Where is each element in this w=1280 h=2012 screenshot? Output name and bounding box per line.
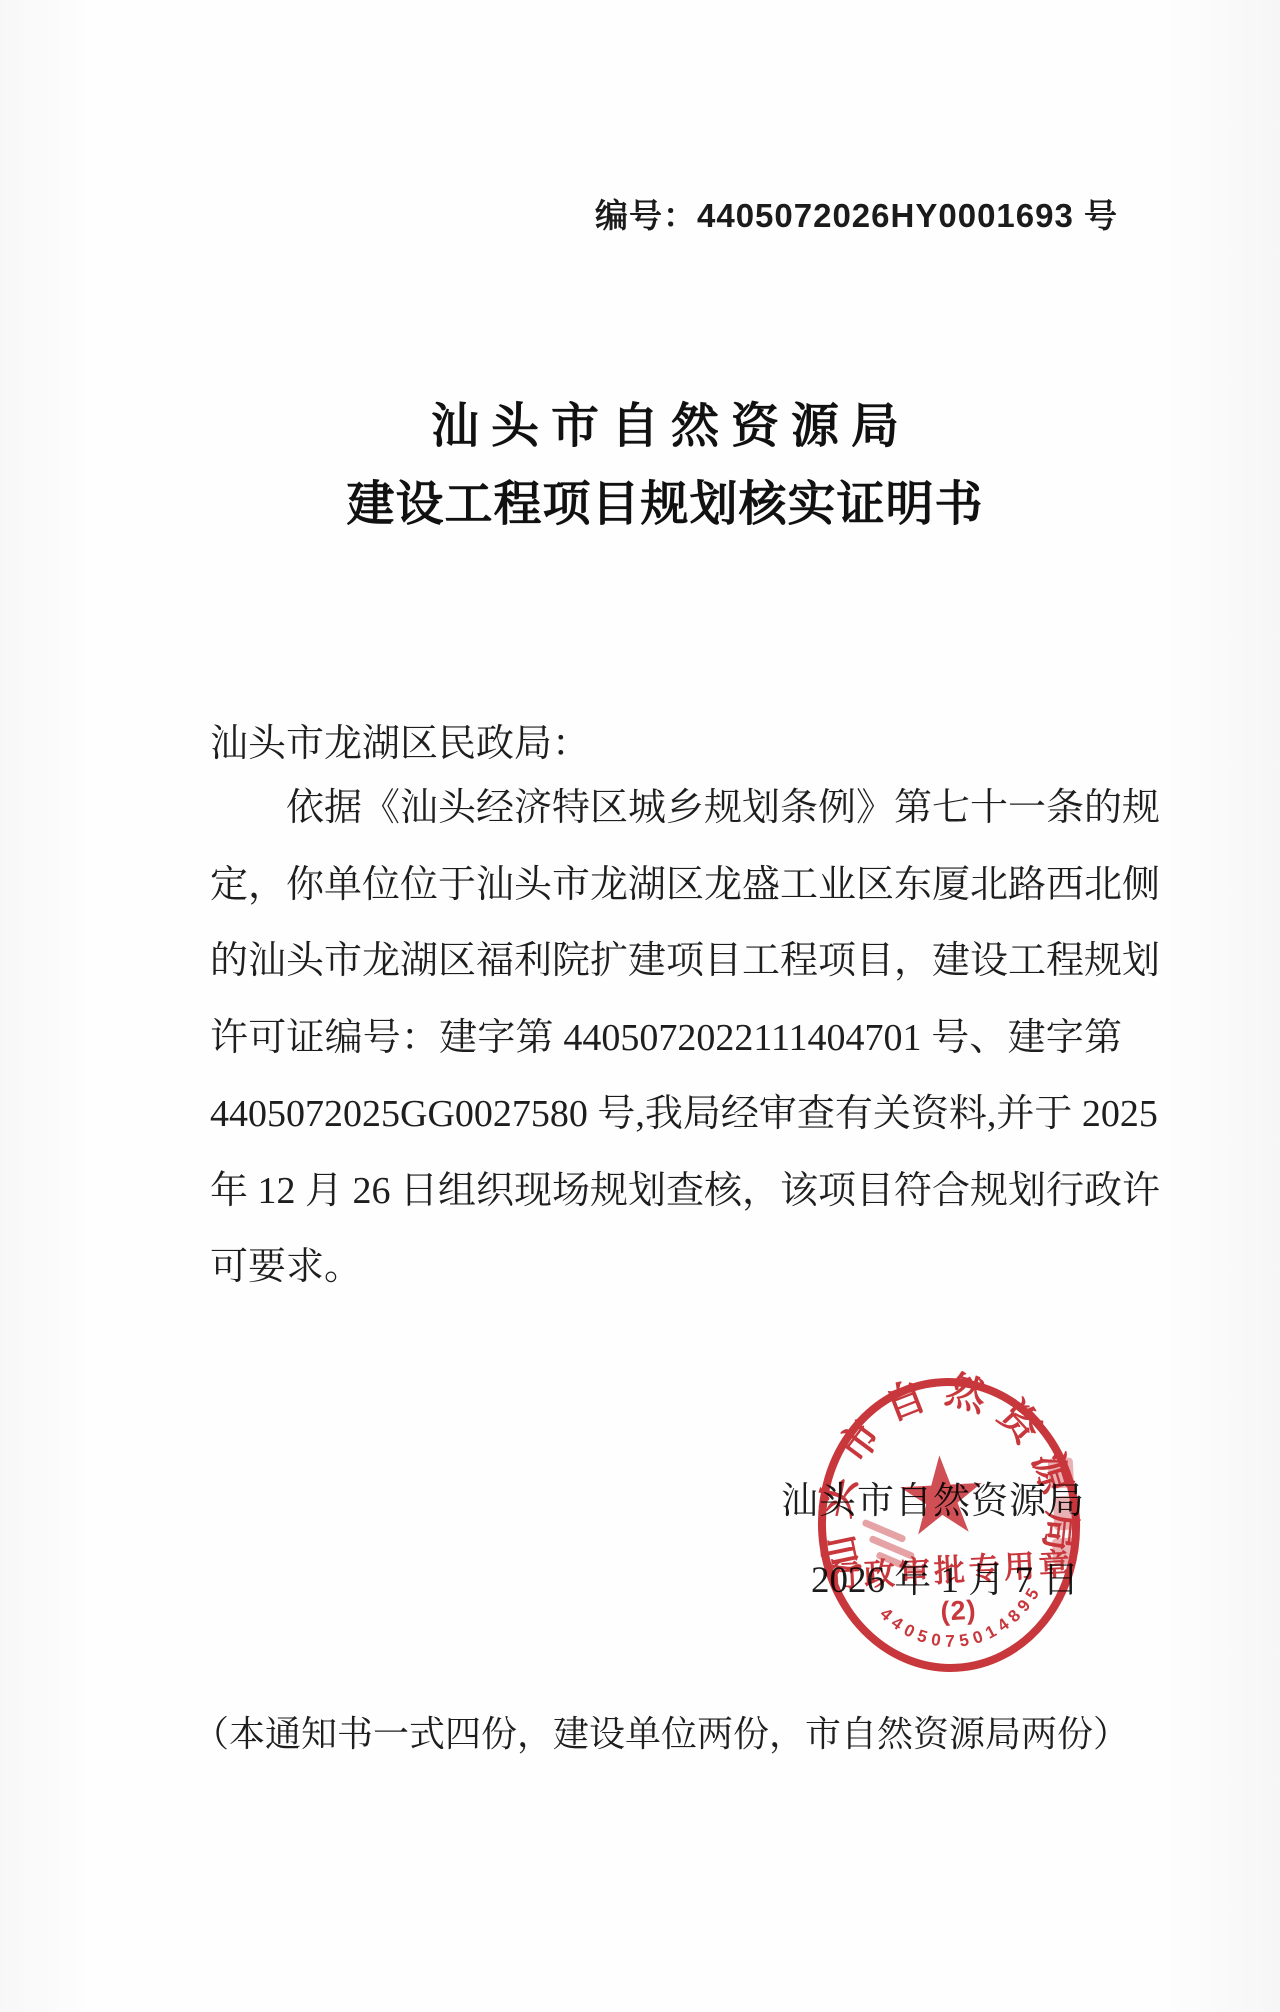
body-line: 定，你单位位于汕头市龙湖区龙盛工业区东厦北路西北侧 xyxy=(210,847,1122,924)
document-title: 汕头市自然资源局 建设工程项目规划核实证明书 xyxy=(25,388,1280,544)
body-line: 4405072025GG0027580 号,我局经审查有关资料,并于 2025 xyxy=(210,1076,1122,1153)
official-seal-stamp: 汕头市自然资源局 行政审批专用章 (2) 4405075014895 xyxy=(805,1365,1093,1685)
body-line: 的汕头市龙湖区福利院扩建项目工程项目，建设工程规划 xyxy=(210,923,1122,1000)
star-icon xyxy=(899,1453,985,1535)
document-page: 编号：4405072026HY0001693 号 汕头市自然资源局 建设工程项目… xyxy=(0,0,1280,2012)
serial-number: 编号：4405072026HY0001693 号 xyxy=(595,190,1118,237)
seal-index-text: (2) xyxy=(940,1595,978,1627)
body-line: 可要求。 xyxy=(210,1229,1122,1306)
body-line: 许可证编号：建字第 4405072022111404701 号、建字第 xyxy=(210,1000,1122,1077)
body-line: 年 12 月 26 日组织现场规划查核，该项目符合规划行政许 xyxy=(210,1153,1122,1230)
recipient-line: 汕头市龙湖区民政局： xyxy=(210,712,590,767)
title-line-2: 建设工程项目规划核实证明书 xyxy=(25,466,1280,544)
copies-footnote: （本通知书一式四份，建设单位两份，市自然资源局两份） xyxy=(21,1706,1280,1757)
body-paragraph: 依据《汕头经济特区城乡规划条例》第七十一条的规 定，你单位位于汕头市龙湖区龙盛工… xyxy=(210,770,1122,1306)
title-line-1: 汕头市自然资源局 xyxy=(25,388,1280,466)
body-line: 依据《汕头经济特区城乡规划条例》第七十一条的规 xyxy=(210,770,1122,847)
